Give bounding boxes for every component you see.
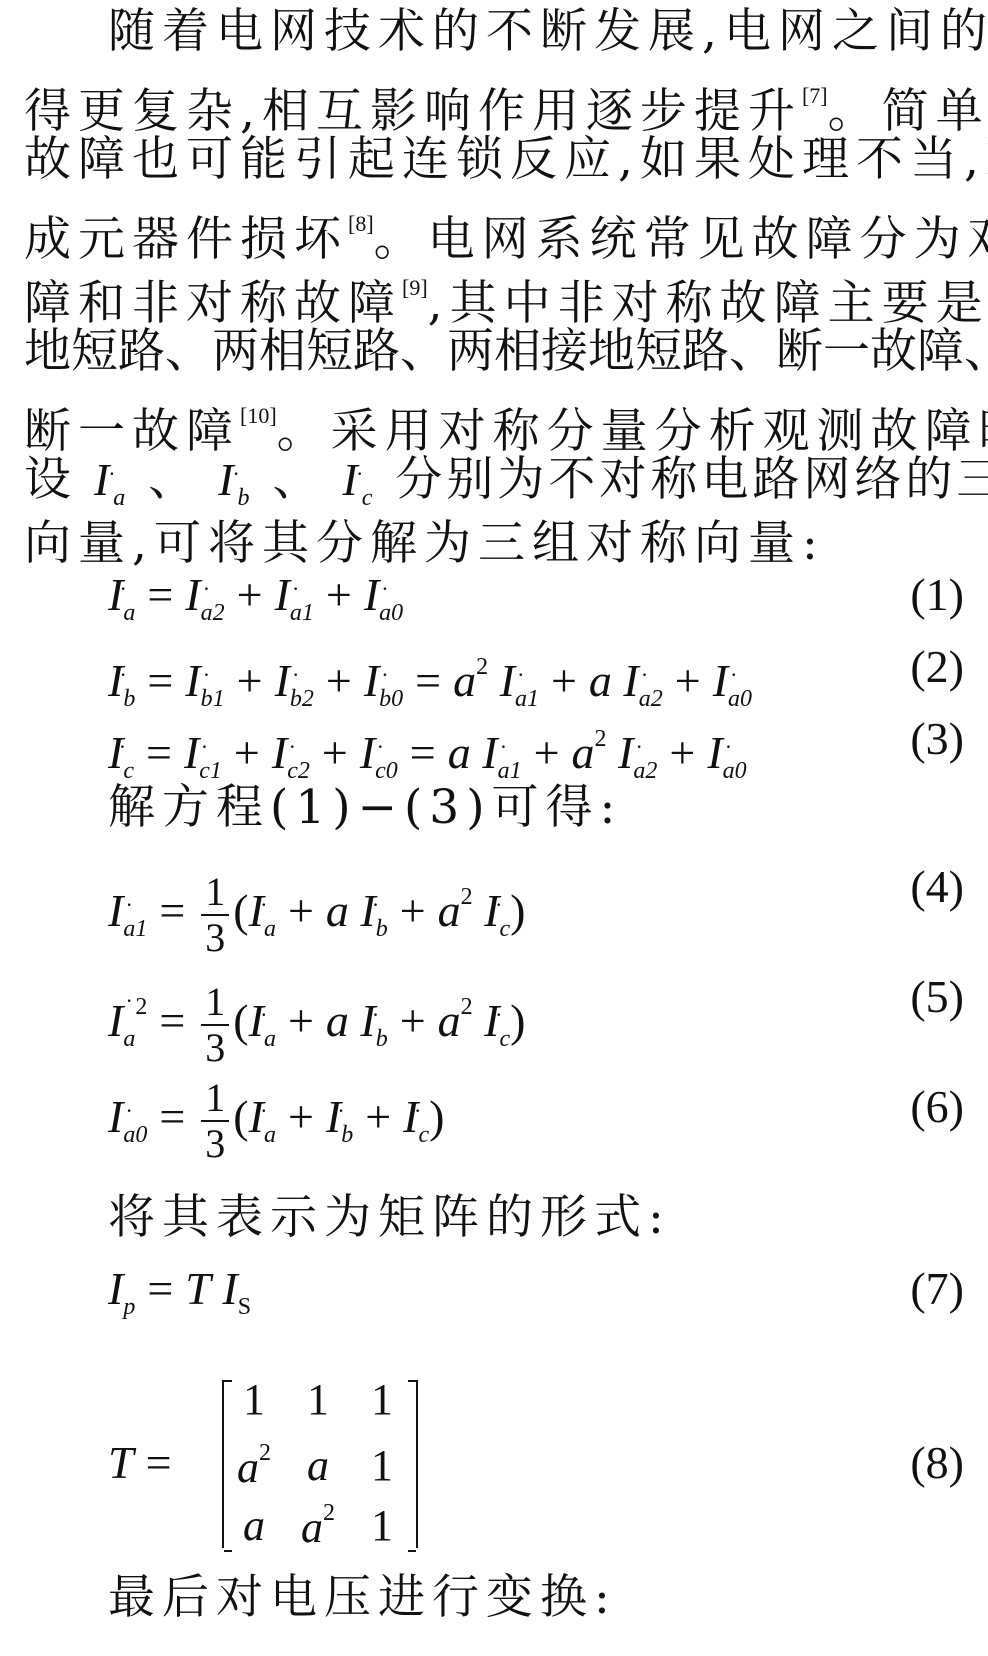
matrix-cell: 1 (352, 1440, 412, 1491)
equation-number: (1) (910, 560, 964, 630)
text: 随着电网技术的不断发展,电网之间的关系变 (108, 4, 988, 59)
text: 、 (272, 452, 323, 507)
fraction-one-third: 13 (201, 870, 229, 960)
citation-8[interactable]: [8] (348, 211, 374, 236)
matrix-cell: 1 (224, 1374, 284, 1425)
matrix-cell: a (288, 1440, 348, 1491)
equation-6: ·Ia0=13(·Ia+·Ib+·Ic) (6) (108, 1072, 964, 1162)
matrix-T: 1 1 1 a2 a 1 a a2 1 (222, 1380, 418, 1548)
citation-7[interactable]: [7] (802, 83, 828, 108)
text: 、 (148, 452, 199, 507)
text: 设 (24, 452, 75, 507)
equation-5: ·Ia2=13(·Ia+a ·Ib+a2 ·Ic) (5) (108, 962, 964, 1052)
paragraph-line-6: 地短路、两相短路、两相接地短路、断一故障、两相 (24, 320, 964, 384)
equation-1: ·Ia=·Ia2+·Ia1+·Ia0 (1) (108, 560, 964, 630)
matrix-form-label: 将其表示为矩阵的形式: (108, 1186, 964, 1250)
fraction-one-third: 13 (201, 1076, 229, 1166)
fraction-one-third: 13 (201, 980, 229, 1070)
equation-number: (5) (910, 962, 964, 1032)
paragraph-line-7: 断一故障[10]。采用对称分量分析观测故障时间: (24, 384, 964, 448)
equation-4: ·Ia1=13(·Ia+a ·Ib+a2 ·Ic) (4) (108, 852, 964, 942)
matrix-cell: 1 (352, 1374, 412, 1425)
equation-2: ·Ib=·Ib1+·Ib2+·Ib0=a2 ·Ia1+a ·Ia2+·Ia0 (… (108, 632, 964, 702)
equation-number: (4) (910, 852, 964, 922)
equation-7: Ip=T IS (7) (108, 1254, 964, 1324)
paragraph-line-8: 设 ·Ia 、 ·Ib 、 ·Ic 分别为不对称电路网络的三相电流 (24, 448, 964, 512)
paragraph-line-5: 障和非对称故障[9],其中非对称故障主要是单相接 (24, 256, 964, 320)
equation-number: (3) (910, 704, 964, 774)
equation-number: (8) (910, 1428, 964, 1498)
matrix-cell: a (224, 1500, 284, 1551)
text: 将其表示为矩阵的形式: (108, 1190, 671, 1245)
paragraph-line-1: 随着电网技术的不断发展,电网之间的关系变 (108, 0, 964, 64)
matrix-cell: a2 (288, 1500, 348, 1553)
matrix-cell: 1 (288, 1374, 348, 1425)
paragraph-line-3: 故障也可能引起连锁反应,如果处理不当,就会造 (24, 128, 964, 192)
final-label: 最后对电压进行变换: (108, 1566, 964, 1630)
equation-3: ·Ic=·Ic1+·Ic2+·Ic0=a ·Ia1+a2 ·Ia2+·Ia0 (… (108, 704, 964, 774)
text: 最后对电压进行变换: (108, 1570, 617, 1625)
text: 分别为不对称电路网络的三相电流 (395, 452, 988, 507)
citation-10[interactable]: [10] (240, 403, 277, 428)
citation-9[interactable]: [9] (402, 275, 428, 300)
matrix-cell: 1 (352, 1500, 412, 1551)
paragraph-line-4: 成元器件损坏[8]。电网系统常见故障分为对称故 (24, 192, 964, 256)
paragraph-line-2: 得更复杂,相互影响作用逐步提升[7]。简单的短路 (24, 64, 964, 128)
text: 地短路、两相短路、两相接地短路、断一故障、两相 (24, 324, 988, 379)
text: 故障也可能引起连锁反应,如果处理不当,就会造 (24, 132, 988, 187)
equation-number: (2) (910, 632, 964, 702)
equation-number: (7) (910, 1254, 964, 1324)
text: 解方程(1)−(3)可得: (108, 780, 622, 835)
matrix-cell: a2 (224, 1440, 284, 1493)
solve-label: 解方程(1)−(3)可得: (108, 776, 964, 840)
equation-number: (6) (910, 1072, 964, 1142)
